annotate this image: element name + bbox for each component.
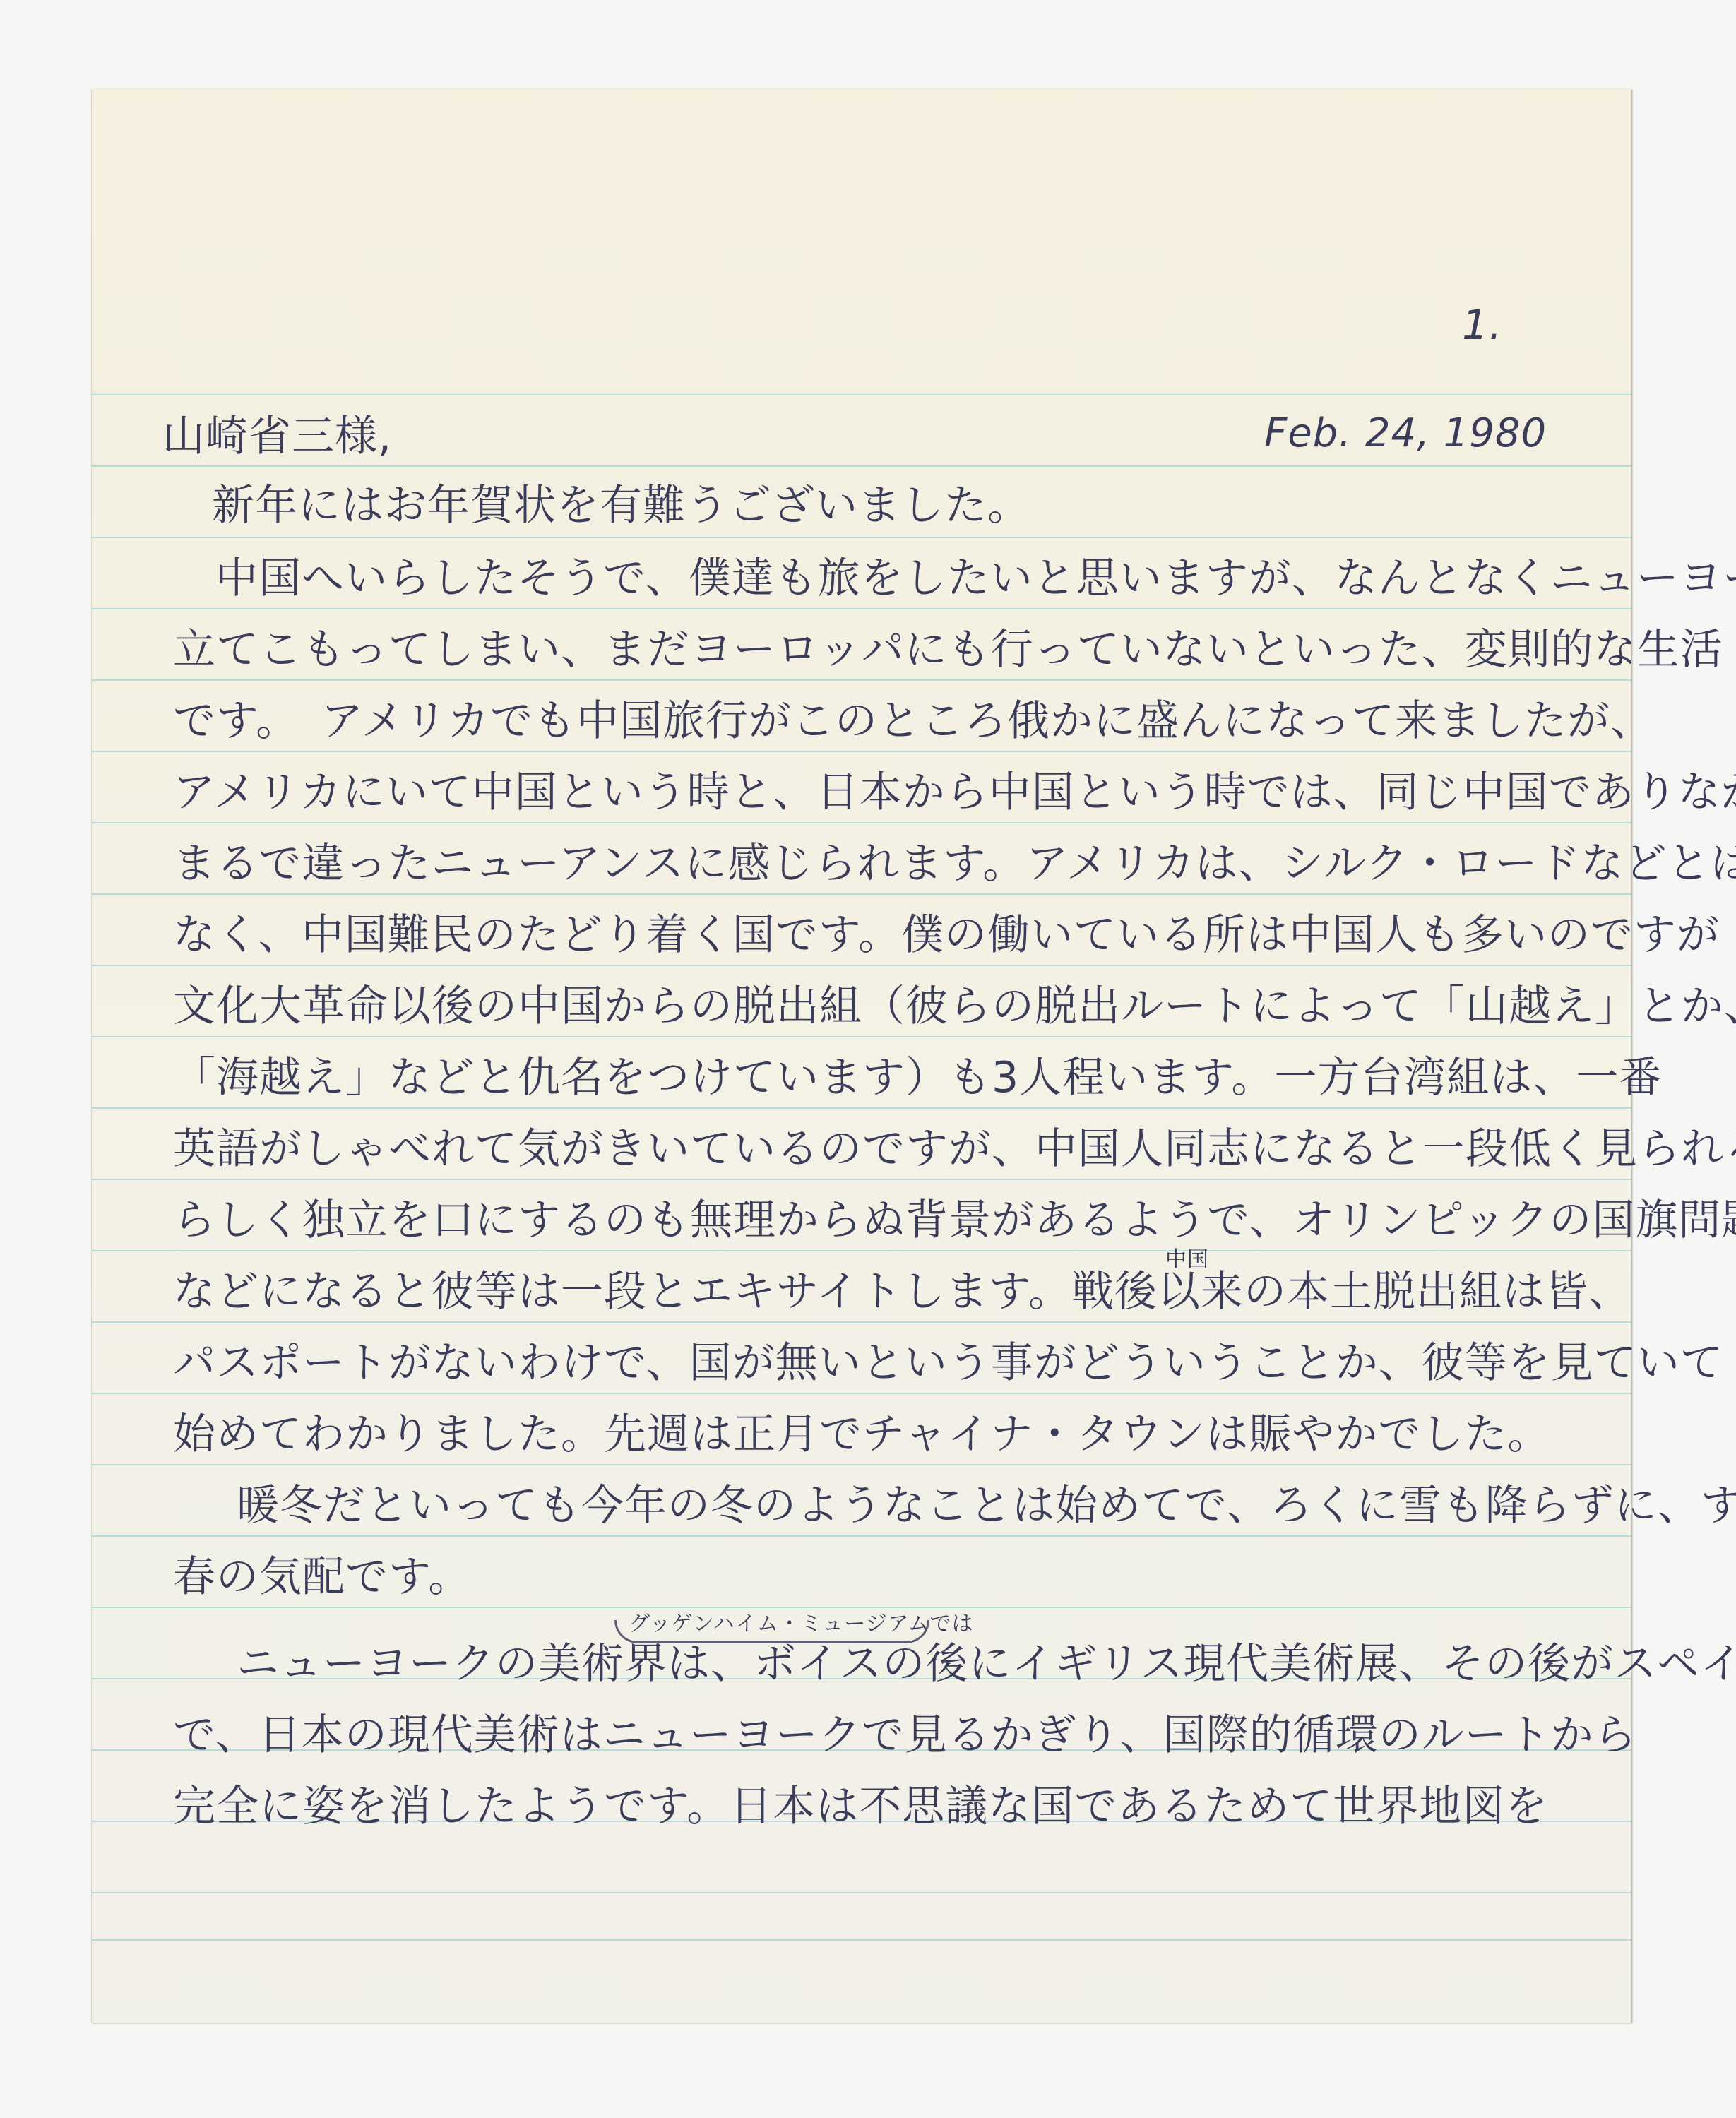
ruled-line — [92, 751, 1631, 752]
ruled-line — [92, 1250, 1631, 1251]
body-line: 新年にはお年賀状を有難うございました。 — [212, 484, 1030, 527]
body-line: です。 アメリカでも中国旅行がこのところ俄かに盛んになって来ましたが、 — [173, 700, 1653, 742]
body-line: 始めてわかりました。先週は正月でチャイナ・タウンは賑やかでした。 — [173, 1413, 1550, 1456]
ruled-line — [92, 1939, 1631, 1941]
ruled-line — [92, 1036, 1631, 1037]
page-number: 1. — [1462, 301, 1502, 349]
ruled-line — [92, 1535, 1631, 1537]
body-line: なく、中国難民のたどり着く国です。僕の働いている所は中国人も多いのですが — [173, 914, 1720, 956]
ruled-line — [92, 537, 1631, 538]
letter-date: Feb. 24, 1980 — [1264, 410, 1547, 456]
body-line: まるで違ったニューアンスに感じられます。アメリカは、シルク・ロードなどとはつなが… — [173, 843, 1736, 885]
body-line: 春の気配です。 — [173, 1556, 471, 1598]
ruled-line — [92, 394, 1631, 395]
letter-sheet: 1. Feb. 24, 1980 山崎省三様, 新年にはお年賀状を有難うございま… — [92, 89, 1631, 2023]
ruled-line — [92, 1892, 1631, 1893]
body-line: 中国へいらしたそうで、僕達も旅をしたいと思いますが、なんとなくニューヨークに — [215, 557, 1736, 600]
ruled-line — [92, 1179, 1631, 1180]
ruled-line — [92, 608, 1631, 609]
ruled-line — [92, 465, 1631, 467]
body-line: などになると彼等は一段とエキサイトします。戦後以来の本土脱出組は皆、 — [173, 1271, 1631, 1313]
ruled-line — [92, 1464, 1631, 1465]
ruled-line — [92, 965, 1631, 966]
body-line: 英語がしゃべれて気がきいているのですが、中国人同志になると一段低く見られる — [173, 1128, 1736, 1170]
body-line: 文化大革命以後の中国からの脱出組（彼らの脱出ルートによって「山越え」とか、 — [173, 985, 1736, 1028]
body-line: で、日本の現代美術はニューヨークで見るかぎり、国際的循環のルートから — [173, 1714, 1637, 1756]
ruled-line — [92, 1393, 1631, 1394]
ruled-line — [92, 679, 1631, 681]
ruled-line — [92, 822, 1631, 823]
body-line: ニューヨークの美術界は、ボイスの後にイギリス現代美術展、その後がスペイン — [237, 1643, 1736, 1685]
body-line: アメリカにいて中国という時と、日本から中国という時では、同じ中国でありながら — [173, 771, 1736, 814]
salutation: 山崎省三様, — [162, 415, 392, 458]
ruled-line — [92, 1321, 1631, 1323]
body-line: 「海越え」などと仇名をつけています）も3人程います。一方台湾組は、一番 — [173, 1057, 1662, 1099]
body-line: 暖冬だといっても今年の冬のようなことは始めてで、ろくに雪も降らずに、すでに — [237, 1485, 1736, 1527]
body-line: 立てこもってしまい、まだヨーロッパにも行っていないといった、変則的な生活 — [173, 629, 1723, 671]
ruled-line — [92, 893, 1631, 895]
body-line: らしく独立を口にするのも無理からぬ背景があるようで、オリンピックの国旗問題 — [173, 1199, 1736, 1242]
ruled-line — [92, 1107, 1631, 1109]
body-line: パスポートがないわけで、国が無いという事がどういうことか、彼等を見ていて — [173, 1342, 1723, 1384]
body-line: 完全に姿を消したようです。日本は不思議な国であるためて世界地図を — [173, 1785, 1548, 1828]
